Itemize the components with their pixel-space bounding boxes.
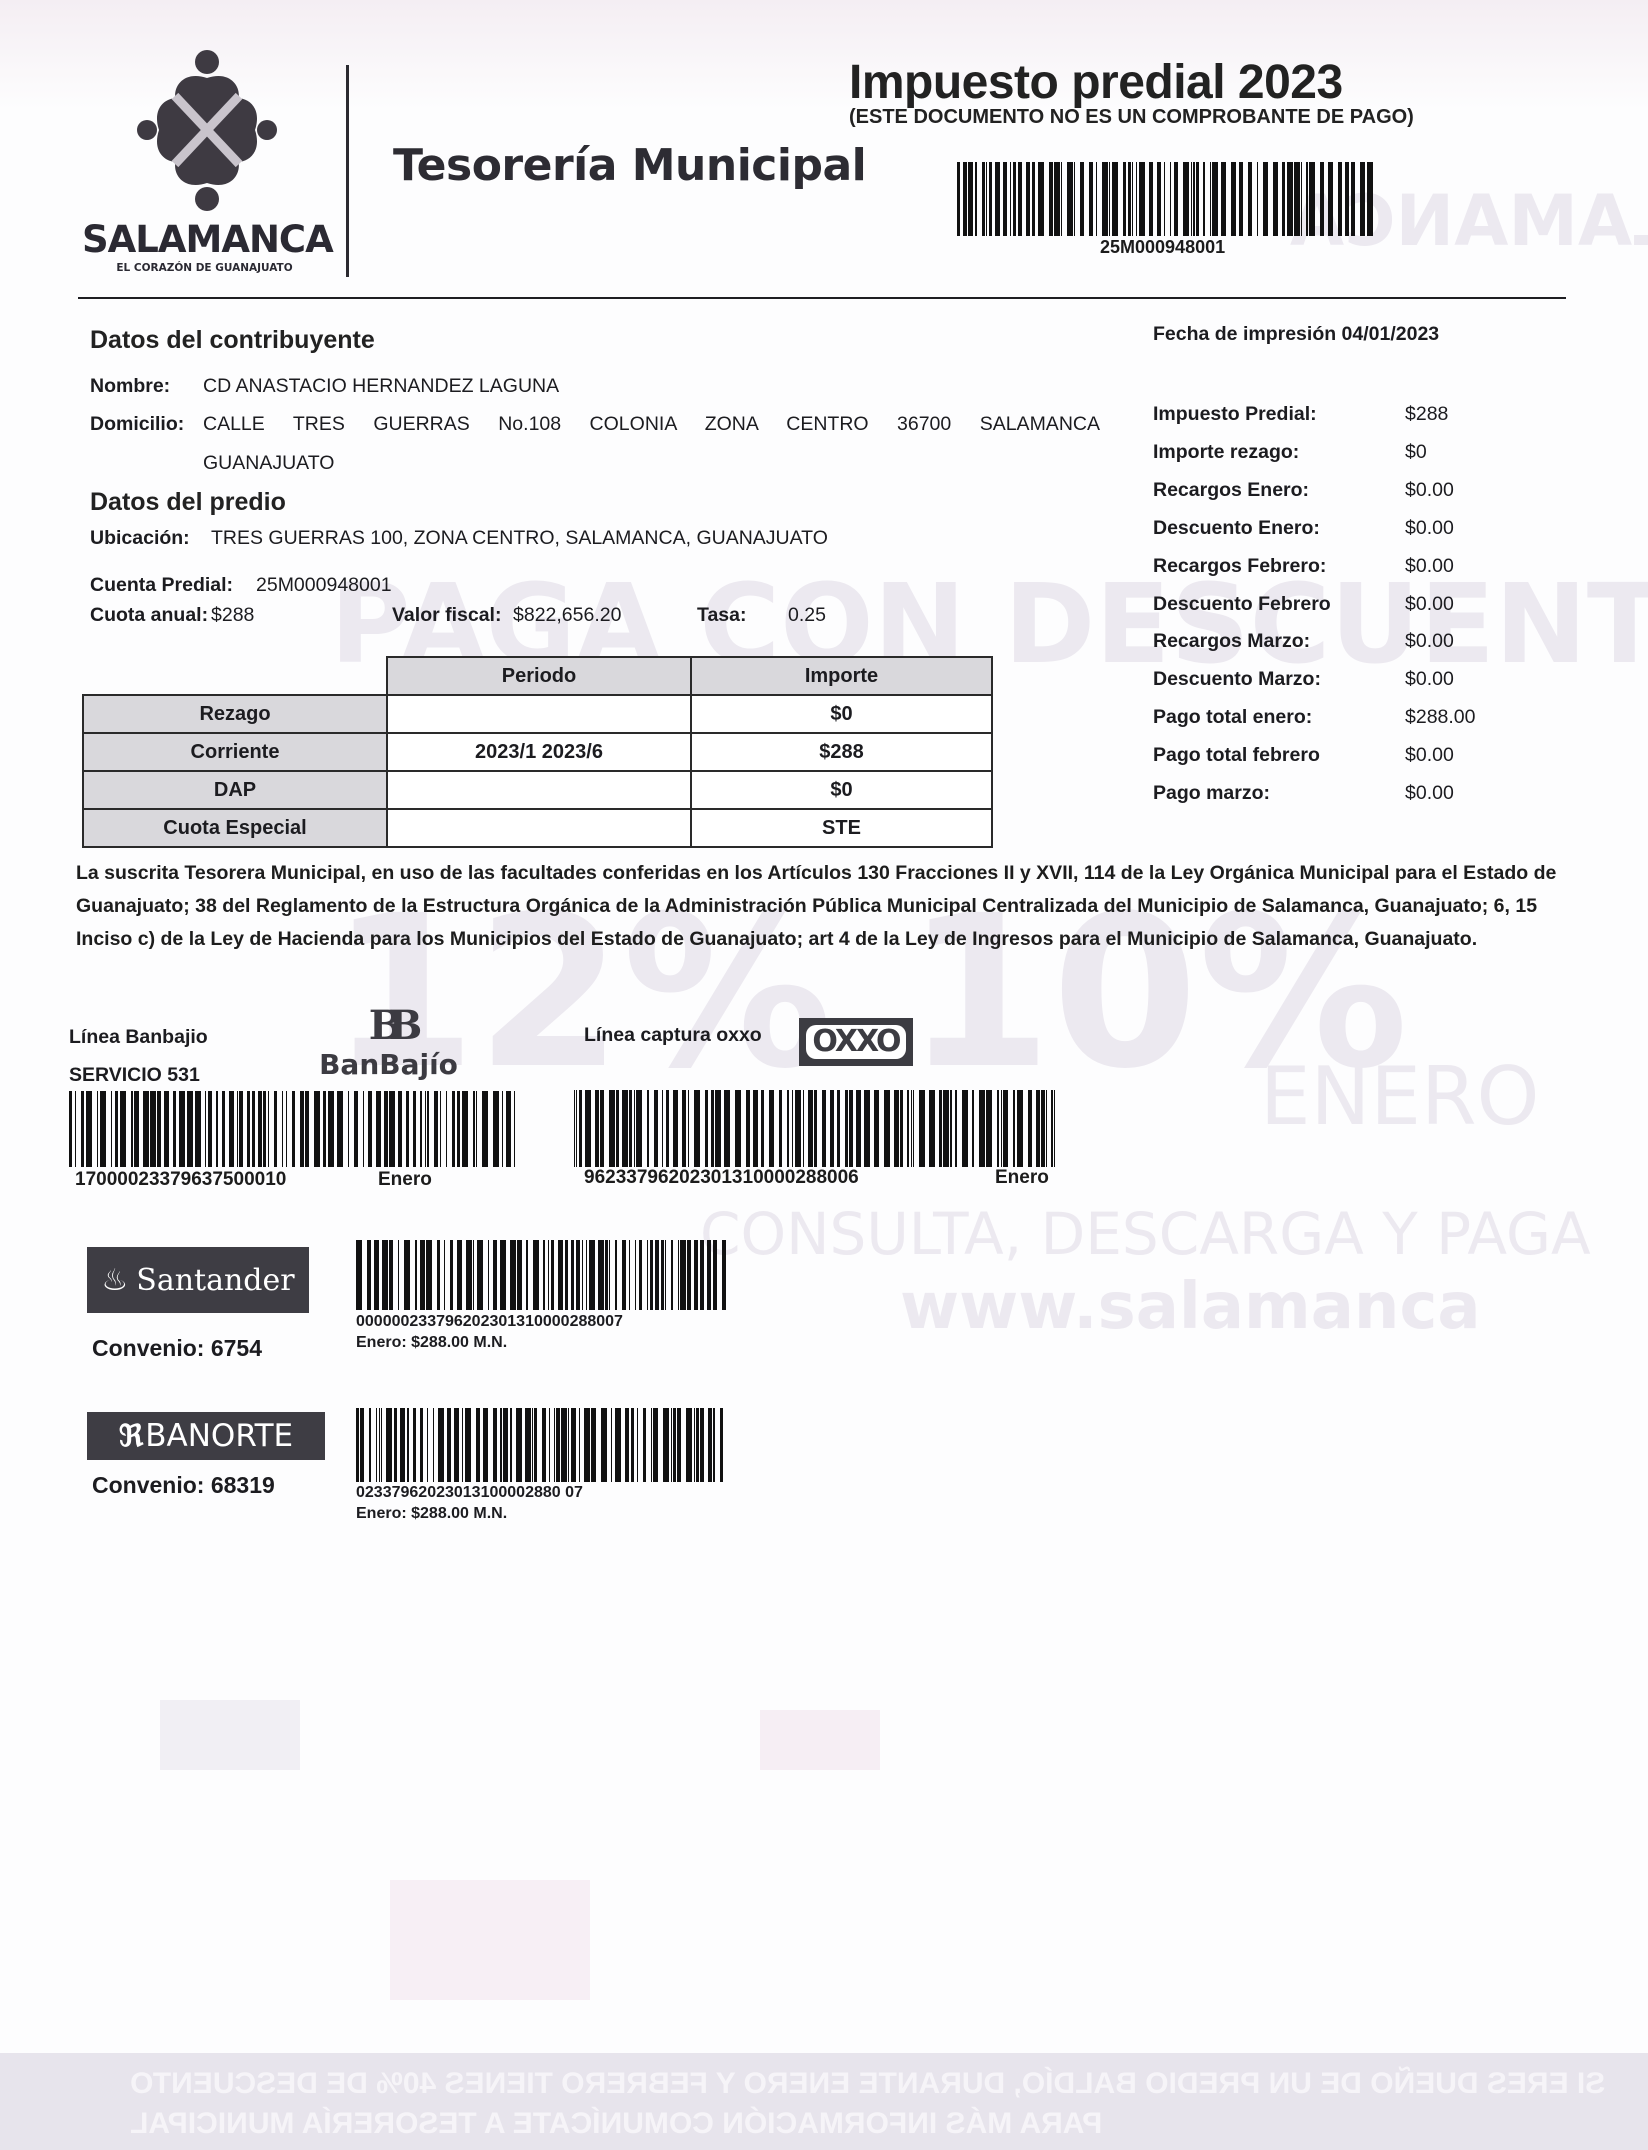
- santander-logo-text: Santander: [136, 1263, 294, 1298]
- table-header-cell: [83, 657, 387, 695]
- banbajio-reference: 17000023379637500010: [75, 1169, 286, 1191]
- summary-value: $288: [1405, 403, 1448, 426]
- summary-row: Descuento Marzo:$0.00: [1153, 668, 1613, 704]
- document-disclaimer: (ESTE DOCUMENTO NO ES UN COMPROBANTE DE …: [849, 106, 1414, 129]
- salamanca-logo: SALAMANCA EL CORAZÓN DE GUANAJUATO: [82, 48, 327, 278]
- show-through-banner-line2: PARA MÁS INFORMACIÓN COMUNÍCATE A TESORE…: [130, 2107, 1102, 2141]
- santander-logo: ♨ Santander: [87, 1247, 309, 1313]
- salamanca-emblem-icon: [137, 48, 277, 213]
- importe-cell: $0: [691, 771, 992, 809]
- fecha-impresion: Fecha de impresión 04/01/2023: [1153, 323, 1439, 346]
- summary-label: Recargos Marzo:: [1153, 630, 1310, 653]
- summary-value: $0.00: [1405, 782, 1454, 805]
- summary-row: Pago total febrero$0.00: [1153, 744, 1613, 780]
- account-barcode-text: 25M000948001: [1100, 237, 1225, 258]
- department-name: Tesorería Municipal: [393, 140, 866, 191]
- concepto-cell: Rezago: [83, 695, 387, 733]
- table-header-cell: Importe: [691, 657, 992, 695]
- oxxo-label: Línea captura oxxo: [584, 1024, 762, 1047]
- nombre-label: Nombre:: [90, 375, 170, 398]
- table-row: DAP $0: [83, 771, 992, 809]
- oxxo-barcode: [574, 1090, 1061, 1167]
- table-row: Rezago $0: [83, 695, 992, 733]
- summary-label: Descuento Marzo:: [1153, 668, 1321, 691]
- cuenta-label: Cuenta Predial:: [90, 574, 233, 597]
- header-divider: [346, 65, 349, 277]
- concepto-cell: Corriente: [83, 733, 387, 771]
- table-header-row: Periodo Importe: [83, 657, 992, 695]
- show-through-month: ENERO: [1260, 1050, 1540, 1143]
- cuota-value: $288: [211, 604, 254, 627]
- summary-label: Importe rezago:: [1153, 441, 1299, 464]
- importe-cell: $288: [691, 733, 992, 771]
- tasa-label: Tasa:: [697, 604, 747, 627]
- document-title: Impuesto predial 2023: [849, 55, 1343, 110]
- barcode-bar: [1367, 162, 1373, 236]
- summary-label: Impuesto Predial:: [1153, 403, 1317, 426]
- show-through-banner-line1: SI ERES DUEÑO DE UN PREDIO BALDÍO, DURAN…: [130, 2067, 1605, 2101]
- cuota-label: Cuota anual:: [90, 604, 208, 627]
- municipality-tagline: EL CORAZÓN DE GUANAJUATO: [82, 262, 327, 274]
- banbajio-logo: BB BanBajío: [316, 1006, 461, 1081]
- banorte-convenio: Convenio: 68319: [92, 1472, 275, 1499]
- summary-value: $0: [1405, 441, 1427, 464]
- show-through-url: www.salamanca: [900, 1270, 1481, 1344]
- summary-label: Pago marzo:: [1153, 782, 1270, 805]
- concepto-cell: Cuota Especial: [83, 809, 387, 847]
- summary-row: Pago marzo:$0.00: [1153, 782, 1613, 818]
- banbajio-service: SERVICIO 531: [69, 1064, 200, 1087]
- table-header-cell: Periodo: [387, 657, 691, 695]
- municipality-name: SALAMANCA: [82, 218, 327, 261]
- summary-value: $0.00: [1405, 555, 1454, 578]
- domicilio-line2: GUANAJUATO: [203, 452, 334, 475]
- show-through-oxxo: [760, 1710, 880, 1770]
- barcode-bar: [1055, 1090, 1060, 1167]
- banbajio-barcode: [69, 1091, 519, 1167]
- summary-value: $0.00: [1405, 479, 1454, 502]
- show-through-consulta: CONSULTA, DESCARGA Y PAGA: [700, 1200, 1591, 1268]
- oxxo-logo: OXXO: [799, 1018, 913, 1066]
- barcode-bar: [515, 1091, 517, 1167]
- contribuyente-title: Datos del contribuyente: [90, 326, 375, 355]
- banorte-barcode: [356, 1408, 726, 1482]
- importe-cell: STE: [691, 809, 992, 847]
- legal-paragraph: La suscrita Tesorera Municipal, en uso d…: [76, 857, 1566, 956]
- periodo-cell: [387, 771, 691, 809]
- banbajio-mark-icon: BB: [316, 1006, 461, 1046]
- concepto-cell: DAP: [83, 771, 387, 809]
- tasa-value: 0.25: [788, 604, 826, 627]
- banorte-reference: 02337962023013100002880 07: [356, 1484, 583, 1502]
- importe-cell: $0: [691, 695, 992, 733]
- summary-row: Importe rezago:$0: [1153, 441, 1613, 477]
- summary-value: $0.00: [1405, 517, 1454, 540]
- santander-amount: Enero: $288.00 M.N.: [356, 1334, 507, 1352]
- barcode-bar: [722, 1240, 726, 1310]
- santander-convenio: Convenio: 6754: [92, 1335, 262, 1362]
- summary-label: Pago total febrero: [1153, 744, 1320, 767]
- ubicacion-label: Ubicación:: [90, 527, 190, 550]
- barcode-bar: [720, 1408, 723, 1482]
- oxxo-logo-text: OXXO: [806, 1025, 905, 1059]
- domicilio-label: Domicilio:: [90, 413, 184, 436]
- banbajio-logo-text: BanBajío: [316, 1048, 461, 1081]
- banorte-logo-text: BANORTE: [145, 1418, 293, 1454]
- header-rule: [78, 297, 1566, 299]
- valor-fiscal-label: Valor fiscal:: [392, 604, 501, 627]
- periodos-table: Periodo Importe Rezago $0 Corriente 2023…: [82, 656, 993, 848]
- summary-value: $0.00: [1405, 630, 1454, 653]
- periodo-cell: [387, 809, 691, 847]
- show-through-stamp: [390, 1880, 590, 2000]
- summary-value: $0.00: [1405, 744, 1454, 767]
- summary-value: $0.00: [1405, 668, 1454, 691]
- summary-row: Descuento Enero:$0.00: [1153, 517, 1613, 553]
- santander-reference: 000000233796202301310000288007: [356, 1313, 623, 1331]
- cuenta-value: 25M000948001: [256, 574, 392, 597]
- oxxo-month: Enero: [995, 1167, 1049, 1189]
- summary-label: Descuento Febrero: [1153, 593, 1331, 616]
- summary-row: Descuento Febrero$0.00: [1153, 593, 1613, 629]
- show-through-box: [160, 1700, 300, 1770]
- santander-flame-icon: ♨: [101, 1263, 128, 1298]
- bottom-banner: SI ERES DUEÑO DE UN PREDIO BALDÍO, DURAN…: [0, 2053, 1648, 2150]
- summary-value: $0.00: [1405, 593, 1454, 616]
- predio-title: Datos del predio: [90, 488, 286, 517]
- oxxo-reference: 96233796202301310000288006: [584, 1167, 859, 1189]
- periodo-cell: [387, 695, 691, 733]
- santander-barcode: [356, 1240, 726, 1310]
- banbajio-month: Enero: [378, 1169, 432, 1191]
- summary-label: Descuento Enero:: [1153, 517, 1320, 540]
- summary-row: Impuesto Predial:$288: [1153, 403, 1613, 439]
- valor-fiscal-value: $822,656.20: [513, 604, 621, 627]
- account-barcode: [957, 162, 1373, 236]
- banorte-amount: Enero: $288.00 M.N.: [356, 1505, 507, 1523]
- banorte-logo: ℜ BANORTE: [87, 1412, 325, 1460]
- summary-value: $288.00: [1405, 706, 1476, 729]
- periodo-cell: 2023/1 2023/6: [387, 733, 691, 771]
- table-row: Cuota Especial STE: [83, 809, 992, 847]
- ubicacion-value: TRES GUERRAS 100, ZONA CENTRO, SALAMANCA…: [211, 527, 828, 550]
- summary-label: Recargos Enero:: [1153, 479, 1309, 502]
- banorte-mark-icon: ℜ: [119, 1419, 143, 1454]
- summary-row: Pago total enero:$288.00: [1153, 706, 1613, 742]
- summary-label: Recargos Febrero:: [1153, 555, 1326, 578]
- table-row: Corriente 2023/1 2023/6 $288: [83, 733, 992, 771]
- summary-row: Recargos Febrero:$0.00: [1153, 555, 1613, 591]
- banbajio-label: Línea Banbajio: [69, 1026, 208, 1049]
- summary-label: Pago total enero:: [1153, 706, 1312, 729]
- summary-row: Recargos Enero:$0.00: [1153, 479, 1613, 515]
- nombre-value: CD ANASTACIO HERNANDEZ LAGUNA: [203, 375, 559, 398]
- summary-row: Recargos Marzo:$0.00: [1153, 630, 1613, 666]
- domicilio-line1: CALLE TRES GUERRAS No.108 COLONIA ZONA C…: [203, 413, 1100, 436]
